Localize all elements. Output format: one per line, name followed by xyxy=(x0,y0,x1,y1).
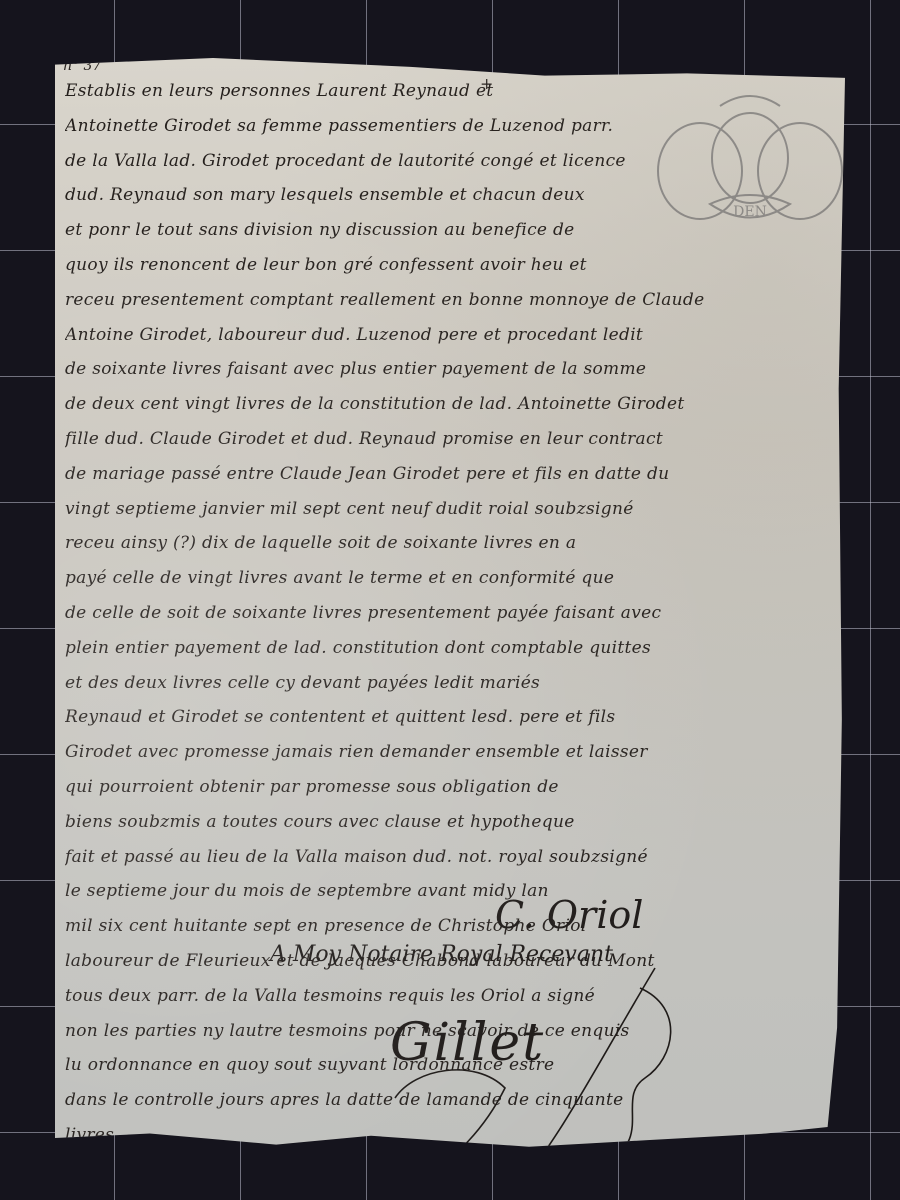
text-line: dans le controlle jours apres la datte d… xyxy=(65,1083,835,1118)
text-line: lu ordonnance en quoy sout suyvant lordo… xyxy=(65,1048,835,1083)
text-line: de soixante livres faisant avec plus ent… xyxy=(65,352,835,387)
text-line: quoy ils renoncent de leur bon gré confe… xyxy=(65,248,835,283)
document-sheet: DEN n° 37 + Establis en leurs personnes … xyxy=(55,58,845,1160)
text-line: tous deux parr. de la Valla tesmoins req… xyxy=(65,979,835,1014)
signature-oriol: C. Oriol xyxy=(495,893,643,937)
text-line: laboureur de Fleurieux et de Jacques Cha… xyxy=(65,944,835,979)
text-line: et des deux livres celle cy devant payée… xyxy=(65,666,835,701)
text-line: qui pourroient obtenir par promesse sous… xyxy=(65,770,835,805)
text-line: fille dud. Claude Girodet et dud. Reynau… xyxy=(65,422,835,457)
text-line: Establis en leurs personnes Laurent Reyn… xyxy=(65,74,835,109)
text-line: Antoine Girodet, laboureur dud. Luzenod … xyxy=(65,318,835,353)
text-line: receu presentement comptant reallement e… xyxy=(65,283,835,318)
text-line: payé celle de vingt livres avant le term… xyxy=(65,561,835,596)
signature-block: C. Oriol A Moy Notaire Royal Recevant Gi… xyxy=(55,58,845,1160)
text-line: le septieme jour du mois de septembre av… xyxy=(65,874,835,909)
cross-mark: + xyxy=(480,74,493,93)
signature-gillet: Gillet xyxy=(390,1013,545,1073)
fiscal-stamp-icon: DEN xyxy=(650,86,850,236)
text-line: et ponr le tout sans division ny discuss… xyxy=(65,213,835,248)
text-line: biens soubzmis a toutes cours avec claus… xyxy=(65,805,835,840)
text-line: receu ainsy (?) dix de laquelle soit de … xyxy=(65,526,835,561)
text-line: fait et passé au lieu de la Valla maison… xyxy=(65,840,835,875)
svg-text:DEN: DEN xyxy=(733,204,767,220)
text-line: de mariage passé entre Claude Jean Girod… xyxy=(65,457,835,492)
text-line: non les parties ny lautre tesmoins pour … xyxy=(65,1014,835,1049)
text-line: Girodet avec promesse jamais rien demand… xyxy=(65,735,835,770)
text-line: mil six cent huitante sept en presence d… xyxy=(65,909,835,944)
text-line: Reynaud et Girodet se contentent et quit… xyxy=(65,700,835,735)
text-line: vingt septieme janvier mil sept cent neu… xyxy=(65,492,835,527)
deed-text: Establis en leurs personnes Laurent Reyn… xyxy=(65,74,835,1153)
text-line: de deux cent vingt livres de la constitu… xyxy=(65,387,835,422)
text-line: plein entier payement de lad. constituti… xyxy=(65,631,835,666)
text-line: Antoinette Girodet sa femme passementier… xyxy=(65,109,835,144)
text-line: de celle de soit de soixante livres pres… xyxy=(65,596,835,631)
text-line: dud. Reynaud son mary lesquels ensemble … xyxy=(65,178,835,213)
notary-attestation: A Moy Notaire Royal Recevant xyxy=(270,942,613,967)
text-line: de la Valla lad. Girodet procedant de la… xyxy=(65,144,835,179)
